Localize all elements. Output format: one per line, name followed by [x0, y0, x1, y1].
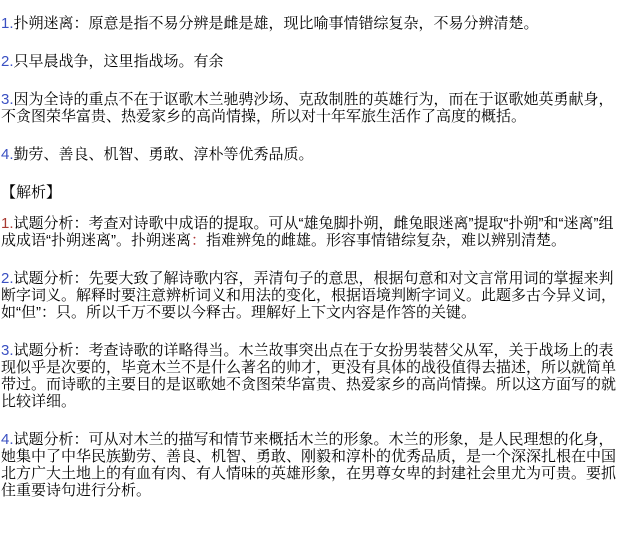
- answer-item-4: 4.勤劳、善良、机智、勇敢、淳朴等优秀品质。: [1, 146, 627, 163]
- analysis-section: 1.试题分析：考查对诗歌中成语的提取。可从“雄兔脚扑朔，雌兔眼迷离”提取“扑朔”…: [1, 215, 627, 499]
- analysis-text-4: 试题分析：可从对木兰的描写和情节来概括木兰的形象。木兰的形象，是人民理想的化身，…: [1, 431, 616, 499]
- analysis-item-4: 4.试题分析：可从对木兰的描写和情节来概括木兰的形象。木兰的形象，是人民理想的化…: [1, 431, 627, 499]
- answer-item-3: 3.因为全诗的重点不在于讴歌木兰驰骋沙场、克敌制胜的英雄行为，而在于讴歌她英勇献…: [1, 91, 627, 125]
- document-page: 1.扑朔迷离：原意是指不易分辨是雌是雄，现比喻事情错综复杂，不易分辨清楚。 2.…: [0, 0, 628, 499]
- analysis-number-3: 3.: [1, 342, 14, 359]
- answer-item-1: 1.扑朔迷离：原意是指不易分辨是雌是雄，现比喻事情错综复杂，不易分辨清楚。: [1, 15, 627, 32]
- answer-text-3: 因为全诗的重点不在于讴歌木兰驰骋沙场、克敌制胜的英雄行为，而在于讴歌她英勇献身，…: [1, 91, 614, 125]
- analysis-number-4: 4.: [1, 431, 14, 448]
- answer-number-2: 2.: [1, 53, 14, 70]
- answer-number-4: 4.: [1, 146, 14, 163]
- analysis-text-3: 试题分析：考查诗歌的详略得当。木兰故事突出点在于女扮男装替父从军，关于战场上的表…: [1, 342, 616, 410]
- answer-text-1: 扑朔迷离：原意是指不易分辨是雌是雄，现比喻事情错综复杂，不易分辨清楚。: [14, 15, 539, 32]
- analysis-item-3: 3.试题分析：考查诗歌的详略得当。木兰故事突出点在于女扮男装替父从军，关于战场上…: [1, 342, 627, 410]
- analysis-item-1: 1.试题分析：考查对诗歌中成语的提取。可从“雄兔脚扑朔，雌兔眼迷离”提取“扑朔”…: [1, 215, 627, 249]
- answer-number-3: 3.: [1, 91, 14, 108]
- analysis-highlight-colon: ：: [191, 232, 206, 249]
- analysis-number-2: 2.: [1, 270, 14, 287]
- analysis-text-2: 试题分析：先要大致了解诗歌内容，弄清句子的意思，根据句意和对文言常用词的掌握来判…: [1, 270, 616, 321]
- analysis-text-1-after: 指难辨兔的雌雄。形容事情错综复杂，难以辨别清楚。: [206, 232, 566, 249]
- answers-section: 1.扑朔迷离：原意是指不易分辨是雌是雄，现比喻事情错综复杂，不易分辨清楚。 2.…: [1, 15, 627, 163]
- answer-number-1: 1.: [1, 15, 14, 32]
- answer-item-2: 2.只早晨战争，这里指战场。有余: [1, 53, 627, 70]
- answer-text-4: 勤劳、善良、机智、勇敢、淳朴等优秀品质。: [14, 146, 314, 163]
- analysis-section-header: 【解析】: [1, 184, 627, 201]
- analysis-item-2: 2.试题分析：先要大致了解诗歌内容，弄清句子的意思，根据句意和对文言常用词的掌握…: [1, 270, 627, 321]
- answer-text-2: 只早晨战争，这里指战场。有余: [14, 53, 224, 70]
- analysis-number-1: 1.: [1, 215, 14, 232]
